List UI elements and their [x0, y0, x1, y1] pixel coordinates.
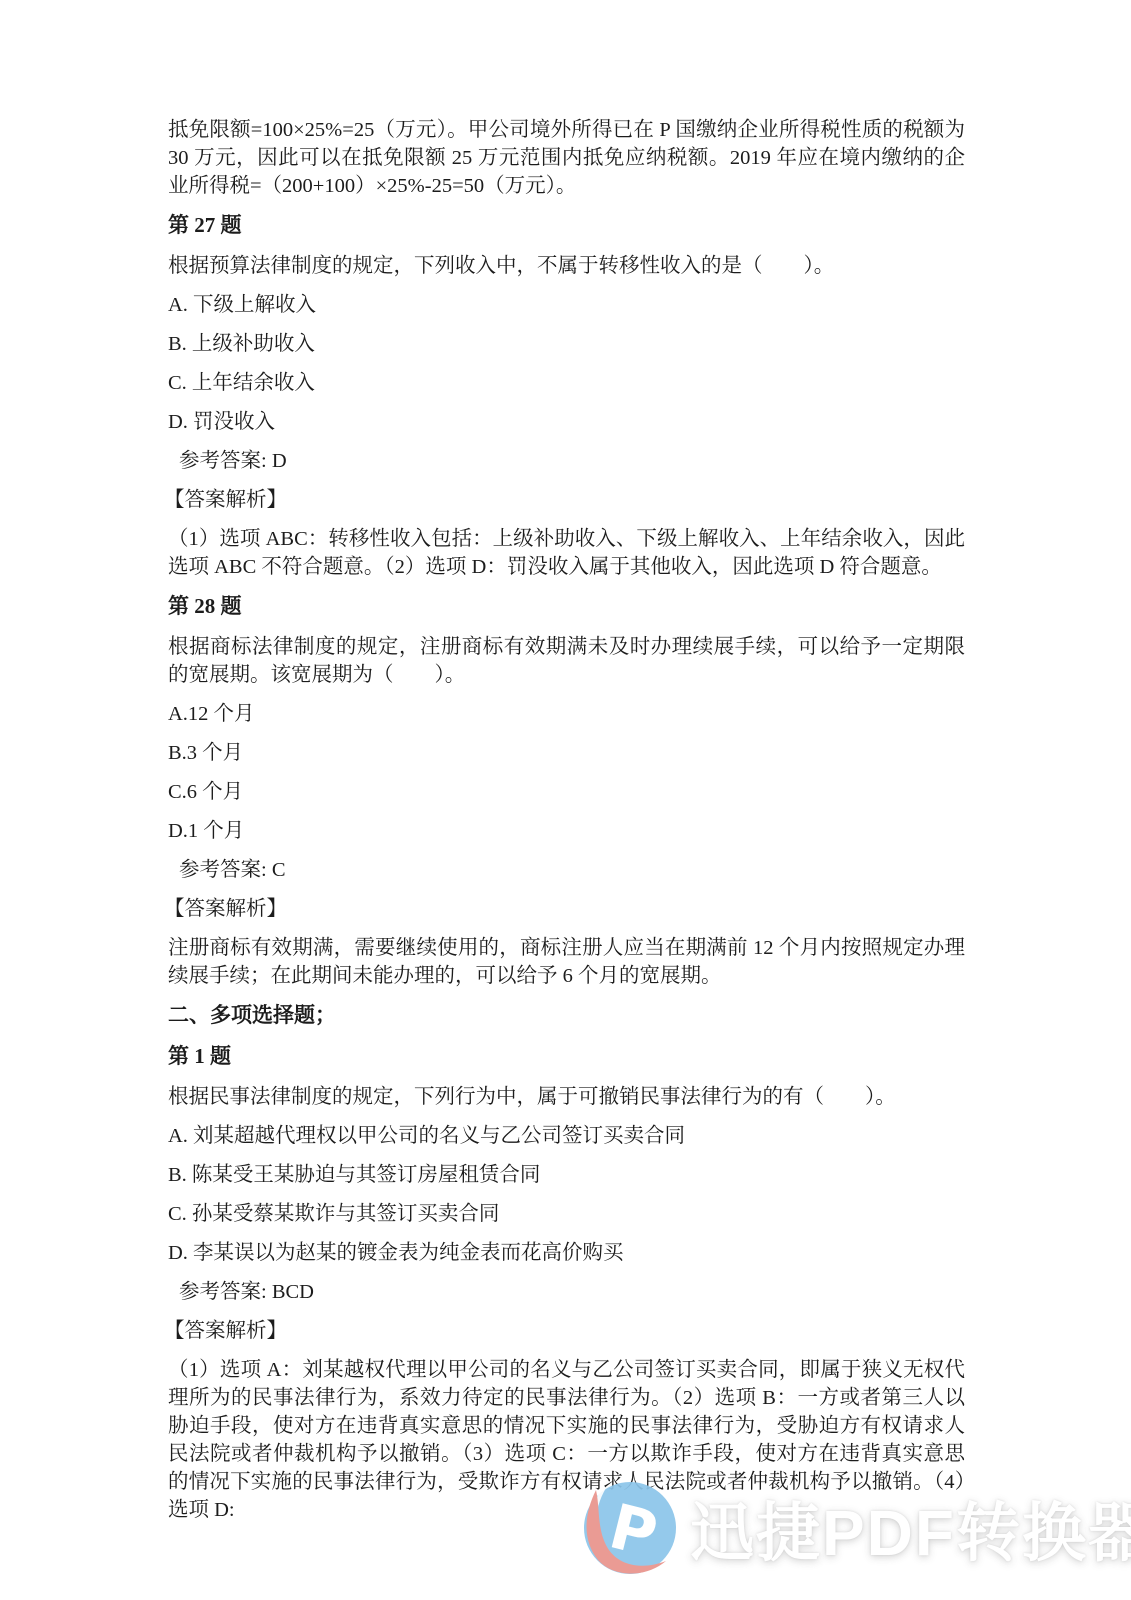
section-2-question-1-option-d: D. 李某误以为赵某的镀金表为纯金表而花高价购买	[168, 1239, 965, 1267]
question-28-reference-answer: 参考答案: C	[168, 856, 965, 884]
question-27-analysis-title: 【答案解析】	[164, 486, 965, 514]
pdf-converter-logo-icon: P	[580, 1478, 680, 1578]
question-27-stem: 根据预算法律制度的规定，下列收入中，不属于转移性收入的是（ ）。	[168, 252, 965, 280]
question-27-option-b: B. 上级补助收入	[168, 330, 965, 358]
section-2-question-1-analysis-title: 【答案解析】	[164, 1317, 965, 1345]
document-content: 抵免限额=100×25%=25（万元）。甲公司境外所得已在 P 国缴纳企业所得税…	[168, 116, 965, 1535]
intro-paragraph: 抵免限额=100×25%=25（万元）。甲公司境外所得已在 P 国缴纳企业所得税…	[168, 116, 965, 200]
question-27-option-d: D. 罚没收入	[168, 408, 965, 436]
question-28-heading: 第 28 题	[168, 592, 965, 620]
question-28-stem: 根据商标法律制度的规定，注册商标有效期满未及时办理续展手续，可以给予一定期限的宽…	[168, 633, 965, 689]
question-27-reference-answer: 参考答案: D	[168, 447, 965, 475]
section-2-question-1-option-a: A. 刘某超越代理权以甲公司的名义与乙公司签订买卖合同	[168, 1122, 965, 1150]
section-2-question-1-reference-answer: 参考答案: BCD	[168, 1278, 965, 1306]
question-28-analysis: 注册商标有效期满，需要继续使用的，商标注册人应当在期满前 12 个月内按照规定办…	[168, 934, 965, 990]
question-28-option-b: B.3 个月	[168, 739, 965, 767]
question-28-option-d: D.1 个月	[168, 817, 965, 845]
question-27-analysis: （1）选项 ABC：转移性收入包括：上级补助收入、下级上解收入、上年结余收入，因…	[168, 525, 965, 581]
section-2-question-1-block: 第 1 题 根据民事法律制度的规定，下列行为中，属于可撤销民事法律行为的有（ ）…	[168, 1042, 965, 1524]
question-28-analysis-title: 【答案解析】	[164, 895, 965, 923]
question-28-option-c: C.6 个月	[168, 778, 965, 806]
question-27-block: 第 27 题 根据预算法律制度的规定，下列收入中，不属于转移性收入的是（ ）。 …	[168, 211, 965, 581]
section-2-question-1-option-b: B. 陈某受王某胁迫与其签订房屋租赁合同	[168, 1161, 965, 1189]
pdf-converter-watermark: P 迅捷PDF转换器	[580, 1478, 1131, 1578]
question-27-option-c: C. 上年结余收入	[168, 369, 965, 397]
question-27-heading: 第 27 题	[168, 211, 965, 239]
question-28-block: 第 28 题 根据商标法律制度的规定，注册商标有效期满未及时办理续展手续，可以给…	[168, 592, 965, 990]
section-2-question-1-option-c: C. 孙某受蔡某欺诈与其签订买卖合同	[168, 1200, 965, 1228]
pdf-converter-watermark-text: 迅捷PDF转换器	[690, 1482, 1131, 1574]
section-2-question-1-stem: 根据民事法律制度的规定，下列行为中，属于可撤销民事法律行为的有（ ）。	[168, 1083, 965, 1111]
section-2-heading: 二、多项选择题；	[168, 1001, 965, 1029]
question-28-option-a: A.12 个月	[168, 700, 965, 728]
section-2-question-1-heading: 第 1 题	[168, 1042, 965, 1070]
question-27-option-a: A. 下级上解收入	[168, 291, 965, 319]
document-page: 抵免限额=100×25%=25（万元）。甲公司境外所得已在 P 国缴纳企业所得税…	[0, 0, 1131, 1600]
